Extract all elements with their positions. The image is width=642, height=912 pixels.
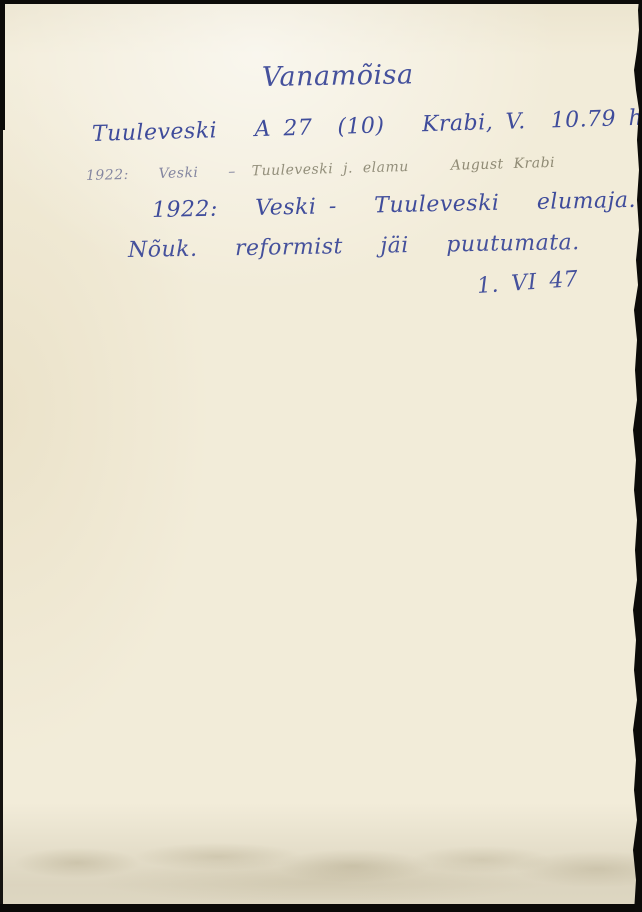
faded-line-name: August Krabi xyxy=(451,155,556,174)
scan-edge-left-corner xyxy=(0,0,5,130)
scan-edge-left xyxy=(0,0,3,912)
scan-edge-top xyxy=(0,0,642,4)
handwritten-date: 1. VI 47 xyxy=(476,267,579,299)
handwritten-line-note: Nõuk. reformist jäi puutumata. xyxy=(128,230,580,263)
faded-line-year: 1922: Veski – xyxy=(86,164,236,184)
page-title: Vanamõisa xyxy=(262,59,414,93)
scan-edge-bottom xyxy=(0,904,642,912)
faded-line-text: Tuuleveski j. elamu xyxy=(252,159,409,179)
handwritten-line-faded: 1922: Veski –Tuuleveski j. elamuAugust K… xyxy=(86,155,555,184)
scanned-page: Vanamõisa Tuuleveski A 27 (10) Krabi, V.… xyxy=(0,0,642,912)
scan-edge-right xyxy=(630,0,642,912)
scan-shadow-band xyxy=(0,838,642,900)
handwritten-line-1922: 1922: Veski - Tuuleveski elumaja. xyxy=(152,188,637,223)
handwritten-line-property: Tuuleveski A 27 (10) Krabi, V. 10.79 ha … xyxy=(92,101,642,147)
